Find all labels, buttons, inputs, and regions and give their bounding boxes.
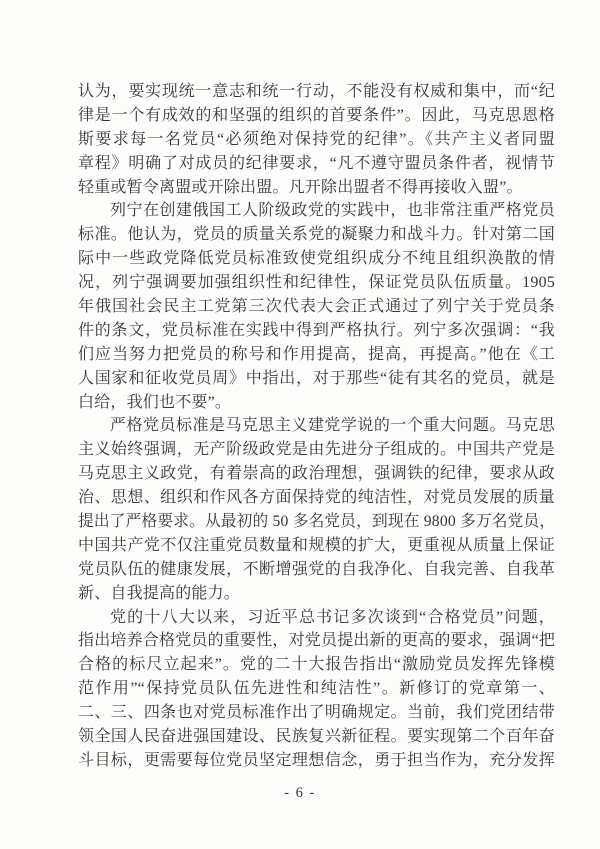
text-line: 们应当努力把党员的称号和作用提高，提高，再提高。”他在《工 <box>78 343 555 367</box>
text-line: 章程》明确了对成员的纪律要求，“凡不遵守盟员条件者，视情节 <box>78 152 555 176</box>
text-line: 二、三、四条也对党员标准作出了明确规定。当前，我们党团结带 <box>78 701 555 725</box>
text-line: 际中一些政党降低党员标准致使党组织成分不纯且组织涣散的情 <box>78 247 555 271</box>
text-line: 新、自我提高的能力。 <box>78 582 555 606</box>
text-line: 党的十八大以来，习近平总书记多次谈到“合格党员”问题， <box>78 606 555 630</box>
text-line: 提出了严格要求。从最初的 50 多名党员，到现在 9800 多万名党员， <box>78 510 545 534</box>
text-line: 范作用”“保持党员队伍先进性和纯洁性”。新修订的党章第一、 <box>78 677 555 701</box>
text-line: 领全国人民奋进强国建设、民族复兴新征程。要实现第二个百年奋 <box>78 725 555 749</box>
text-line: 标准。他认为，党员的质量关系党的凝聚力和战斗力。针对第二国 <box>78 223 555 247</box>
document-page: 认为，要实现统一意志和统一行动，不能没有权威和集中，而“纪律是一个有成效的和坚强… <box>0 0 600 849</box>
text-line: 认为，要实现统一意志和统一行动，不能没有权威和集中，而“纪 <box>78 80 555 104</box>
text-line: 主义始终强调，无产阶级政党是由先进分子组成的。中国共产党是 <box>78 438 555 462</box>
text-line: 年俄国社会民主工党第三次代表大会正式通过了列宁关于党员条 <box>78 295 555 319</box>
text-line: 白给，我们也不要”。 <box>78 391 555 415</box>
text-line: 斯要求每一名党员“必须绝对保持党的纪律”。《共产主义者同盟 <box>78 128 555 152</box>
text-line: 斗目标，更需要每位党员坚定理想信念，勇于担当作为，充分发挥 <box>78 749 555 773</box>
text-line: 马克思主义政党，有着崇高的政治理想，强调铁的纪律，要求从政 <box>78 462 555 486</box>
text-line: 合格的标尺立起来”。党的二十大报告指出“激励党员发挥先锋模 <box>78 653 555 677</box>
text-line: 党员队伍的健康发展，不断增强党的自我净化、自我完善、自我革 <box>78 558 555 582</box>
text-line: 严格党员标准是马克思主义建党学说的一个重大问题。马克思 <box>78 414 555 438</box>
text-line: 况，列宁强调要加强组织性和纪律性，保证党员队伍质量。1905 <box>78 271 555 295</box>
text-line: 指出培养合格党员的重要性，对党员提出新的更高的要求，强调“把 <box>78 629 555 653</box>
text-line: 人国家和征收党员周》中指出，对于那些“徒有其名的党员，就是 <box>78 367 555 391</box>
text-line: 轻重或暂令离盟或开除出盟。凡开除出盟者不得再接收入盟”。 <box>78 176 555 200</box>
page-number: - 6 - <box>0 785 600 802</box>
text-line: 治、思想、组织和作风各方面保持党的纯洁性，对党员发展的质量 <box>78 486 555 510</box>
text-line: 律是一个有成效的和坚强的组织的首要条件”。因此，马克思恩格 <box>78 104 555 128</box>
text-line: 件的条文，党员标准在实践中得到严格执行。列宁多次强调：“我 <box>78 319 555 343</box>
text-line: 列宁在创建俄国工人阶级政党的实践中，也非常注重严格党员 <box>78 199 555 223</box>
text-block: 认为，要实现统一意志和统一行动，不能没有权威和集中，而“纪律是一个有成效的和坚强… <box>78 80 555 773</box>
text-line: 中国共产党不仅注重党员数量和规模的扩大，更重视从质量上保证 <box>78 534 555 558</box>
